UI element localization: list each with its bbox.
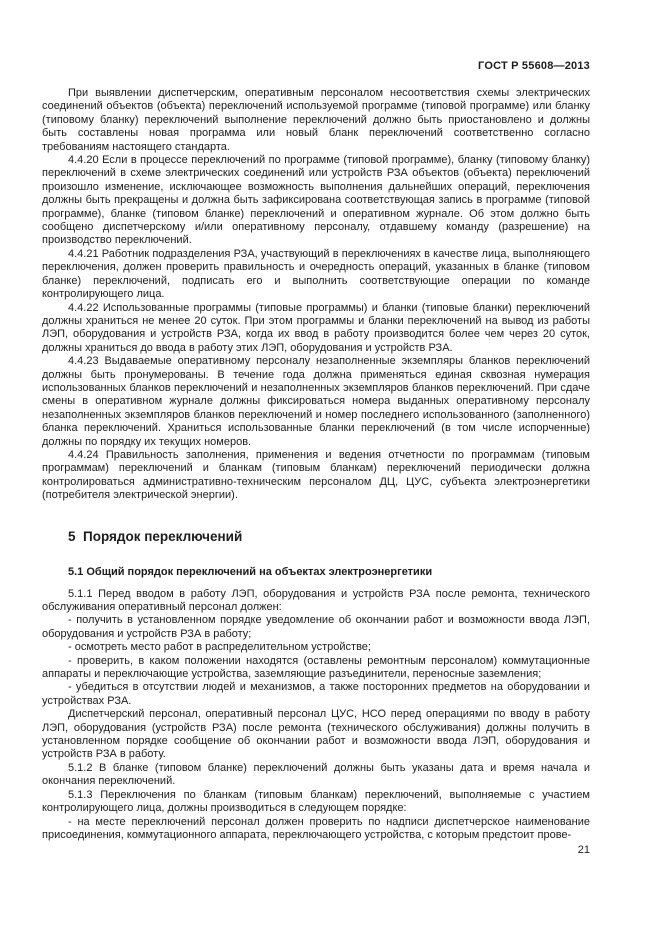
- document-body: При выявлении диспетчерским, оперативным…: [42, 87, 590, 842]
- intro-paragraph: При выявлении диспетчерским, оперативным…: [42, 87, 590, 154]
- page-number-value: 21: [578, 844, 590, 856]
- paragraph-dispatcher-personnel: Диспетчерский персонал, оперативный перс…: [42, 708, 590, 762]
- clause-5-1-1: 5.1.1 Перед вводом в работу ЛЭП, оборудо…: [42, 588, 590, 615]
- document-page: ГОСТ Р 55608—2013 При выявлении диспетче…: [0, 0, 661, 935]
- document-header: ГОСТ Р 55608—2013: [42, 60, 590, 72]
- list-item-inspect: - осмотреть место работ в распределитель…: [42, 641, 590, 654]
- section-5-heading: 5 Порядок переключений: [42, 529, 590, 544]
- clause-4-4-24: 4.4.24 Правильность заполнения, применен…: [42, 449, 590, 503]
- page-footer: 21: [42, 844, 590, 856]
- section-5-1-heading: 5.1 Общий порядок переключений на объект…: [42, 566, 590, 579]
- clause-4-4-21: 4.4.21 Работник подразделения РЗА, участ…: [42, 248, 590, 302]
- list-item-check-nameplate: - на месте переключений персонал должен …: [42, 816, 590, 843]
- list-item-verify-clear: - убедиться в отсутствии людей и механиз…: [42, 681, 590, 708]
- standard-number: ГОСТ Р 55608—2013: [478, 60, 590, 72]
- list-item-notify: - получить в установленном порядке уведо…: [42, 614, 590, 641]
- list-item-check-position: - проверить, в каком положении находятся…: [42, 655, 590, 682]
- clause-4-4-23: 4.4.23 Выдаваемые оперативному персоналу…: [42, 355, 590, 449]
- clause-5-1-2: 5.1.2 В бланке (типовом бланке) переключ…: [42, 762, 590, 789]
- clause-4-4-20: 4.4.20 Если в процессе переключений по п…: [42, 154, 590, 248]
- clause-5-1-3: 5.1.3 Переключения по бланкам (типовым б…: [42, 789, 590, 816]
- clause-4-4-22: 4.4.22 Использованные программы (типовые…: [42, 302, 590, 356]
